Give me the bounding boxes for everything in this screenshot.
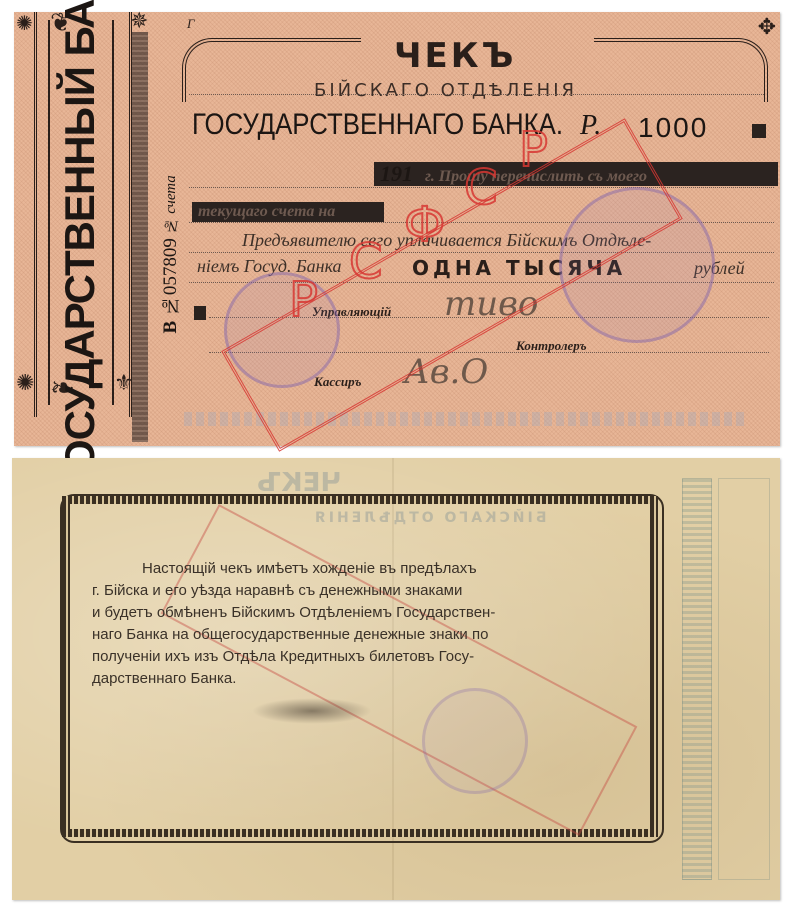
ink-smudge [252,698,372,724]
stub-title-text: ГОСУДАРСТВЕННЫЙ БАНКЪ [56,0,104,494]
cashier-label: Кассиръ [314,374,361,390]
legend-line: и будетъ обмѣненъ Бійскимъ Отдѣленіемъ Г… [92,602,622,624]
bleed-through-stub [682,478,712,880]
legend-line: г. Бійска и его уѣзда наравнѣ съ денежны… [92,580,622,602]
ruble-sign: Р. [580,110,601,142]
fleur-ornament-icon: ⚜ [114,372,134,394]
redacted-line-1: 191 г. Прошу перечислить съ моего [374,162,778,186]
year-prefix: 191 [380,161,413,186]
rosette-ornament-icon: ✵ [130,10,148,32]
legend-line: дарственнаго Банка. [92,668,622,690]
branch-name: БІЙСКАГО ОТДѢЛЕНІЯ [314,80,577,101]
redacted-line-2: текущаго счета на [192,202,384,222]
perforation-strip [132,32,148,442]
legend-line: Настоящій чекъ имѣетъ хожденіе въ предѣл… [92,558,622,580]
faded-border-strip [184,412,744,426]
legend-line: полученіи ихъ изъ Отдѣла Кредитныхъ биле… [92,646,622,668]
bleed-through-stub-frame [718,478,770,880]
cheque-title: ЧЕКЪ [394,36,516,76]
manager-signature: тиво [444,284,538,324]
redacted-text-1: г. Прошу перечислить съ моего [425,168,647,185]
form-letter: Г [187,16,194,32]
cheque-front: ❦ ✺ ❧ ✺ ⚜ ✵ ГОСУДАРСТВЕННЫЙ БАНКЪ В №057… [14,12,780,446]
black-square-mark [194,306,206,320]
bleed-through-purple-seal [422,688,528,794]
serial-prefix: В [160,321,181,334]
cheque-back: ЧЕКЪ БІЙСКАГО ОТДѢЛЕНІЯ Настоящій чекъ и… [12,458,780,900]
counterfoil-stub: ❦ ✺ ❧ ✺ ⚜ ✵ ГОСУДАРСТВЕННЫЙ БАНКЪ [14,12,154,432]
dotted-rule [189,94,764,95]
ornament-right-icon [594,38,768,102]
cashier-signature: Ав.О [404,352,488,392]
back-legend-text: Настоящій чекъ имѣетъ хожденіе въ предѣл… [92,558,622,690]
scroll-ornament-icon: ✺ [16,14,33,34]
controller-label: Контролеръ [516,338,587,354]
serial-value: №057809 [160,238,181,316]
legend-line: наго Банка на общегосударственные денежн… [92,624,622,646]
account-label: № счета [163,175,179,233]
amount-numeric: 1000 [638,112,708,144]
corner-ornament-icon: ✥ [758,14,776,40]
purple-seal-right [559,187,715,343]
scroll-ornament-icon: ✺ [16,372,34,394]
dotted-rule [189,187,774,188]
redacted-text-2: текущаго счета на [198,203,335,220]
black-square-mark [752,124,766,138]
bank-name: ГОСУДАРСТВЕННАГО БАНКА. [192,108,563,142]
serial-number: В №057809 № счета [156,132,186,377]
stub-vertical-title: ГОСУДАРСТВЕННЫЙ БАНКЪ [53,32,107,372]
purple-seal-left [224,272,340,388]
bleed-through-title: ЧЕКЪ [257,468,341,498]
